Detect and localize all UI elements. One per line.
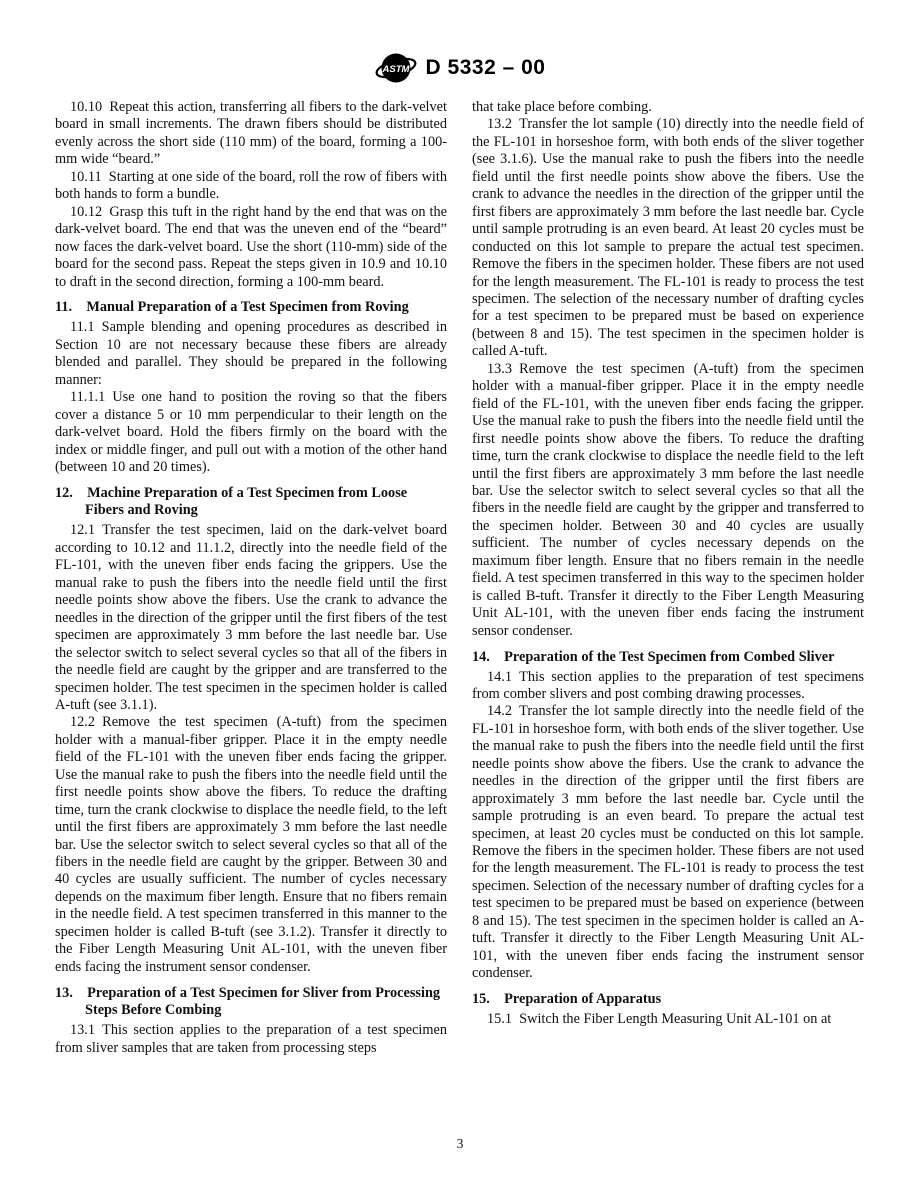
paragraph-13-1: 13.1 This section applies to the prepara…	[55, 1022, 447, 1057]
paragraph-11-1-1: 11.1.1 Use one hand to position the rovi…	[55, 389, 447, 476]
paragraph-13-3: 13.3 Remove the test specimen (A-tuft) f…	[472, 361, 864, 640]
paragraph-13-1-continued: that take place before combing.	[472, 99, 864, 116]
page-number: 3	[0, 1136, 920, 1152]
section-heading-12: 12. Machine Preparation of a Test Specim…	[55, 485, 447, 520]
two-column-body: 10.10 Repeat this action, transferring a…	[55, 99, 865, 1057]
paragraph-11-1: 11.1 Sample blending and opening procedu…	[55, 319, 447, 389]
paragraph-10-11: 10.11 Starting at one side of the board,…	[55, 169, 447, 204]
section-heading-14: 14. Preparation of the Test Specimen fro…	[472, 649, 864, 666]
svg-text:ASTM: ASTM	[381, 64, 410, 75]
paragraph-12-1: 12.1 Transfer the test specimen, laid on…	[55, 522, 447, 714]
document-code: D 5332 – 00	[426, 56, 546, 80]
document-header: ASTM D 5332 – 00	[0, 48, 920, 88]
left-column: 10.10 Repeat this action, transferring a…	[55, 99, 447, 1057]
right-column: that take place before combing.13.2 Tran…	[472, 99, 864, 1057]
paragraph-14-1: 14.1 This section applies to the prepara…	[472, 669, 864, 704]
paragraph-15-1: 15.1 Switch the Fiber Length Measuring U…	[472, 1011, 864, 1028]
paragraph-14-2: 14.2 Transfer the lot sample directly in…	[472, 703, 864, 982]
section-heading-13: 13. Preparation of a Test Specimen for S…	[55, 985, 447, 1020]
section-heading-11: 11. Manual Preparation of a Test Specime…	[55, 299, 447, 316]
paragraph-13-2: 13.2 Transfer the lot sample (10) direct…	[472, 116, 864, 360]
paragraph-10-12: 10.12 Grasp this tuft in the right hand …	[55, 204, 447, 291]
document-page: ASTM D 5332 – 00 10.10 Repeat this actio…	[0, 0, 920, 1191]
paragraph-12-2: 12.2 Remove the test specimen (A-tuft) f…	[55, 714, 447, 976]
astm-logo-icon: ASTM	[375, 48, 417, 88]
paragraph-10-10: 10.10 Repeat this action, transferring a…	[55, 99, 447, 169]
section-heading-15: 15. Preparation of Apparatus	[472, 991, 864, 1008]
